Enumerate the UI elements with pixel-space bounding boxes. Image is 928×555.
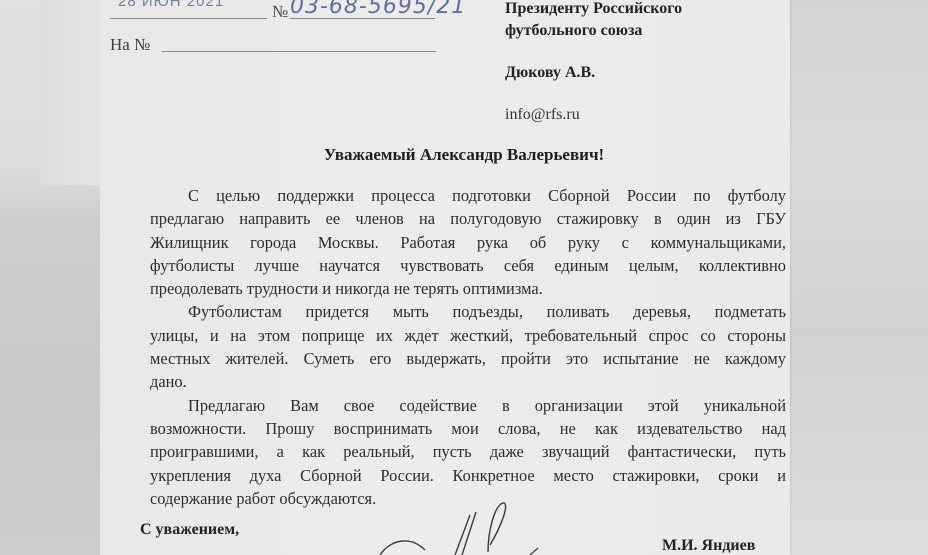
reply-to-underline bbox=[162, 51, 436, 52]
text-line: С целью поддержки процесса подготовки Сб… bbox=[150, 184, 786, 207]
handwritten-signature bbox=[370, 500, 570, 555]
text-line: Предлагаю Вам свое содействие в организа… bbox=[150, 394, 786, 417]
text-line: укрепления духа Сборной России. Конкретн… bbox=[150, 464, 786, 487]
text-line: футболисты лучше научатся чувствовать се… bbox=[150, 254, 786, 277]
text-line: преодолевать трудности и никогда не теря… bbox=[150, 277, 786, 300]
paragraph-2: Футболистам придется мыть подъезды, поли… bbox=[150, 300, 786, 393]
date-stamp: 28 ИЮН 2021 bbox=[118, 0, 224, 10]
text-line: Жилищник города Москвы. Работая рука об … bbox=[150, 231, 786, 254]
addressee-title-line2: футбольного союза bbox=[505, 22, 642, 40]
date-underline bbox=[110, 18, 267, 19]
addressee-title-line1: Президенту Российского bbox=[505, 0, 682, 18]
paragraph-1: С целью поддержки процесса подготовки Сб… bbox=[150, 184, 786, 300]
number-underline bbox=[290, 18, 435, 19]
number-sign: № bbox=[272, 2, 288, 22]
text-line: улицы, и на этом поприще их ждет жесткий… bbox=[150, 324, 786, 347]
text-line: Футболистам придется мыть подъезды, поли… bbox=[150, 300, 786, 323]
registration-number: 03-68-5695/21 bbox=[290, 0, 466, 19]
text-line: проигравшими, а как реальный, пусть даже… bbox=[150, 440, 786, 463]
letter-body: С целью поддержки процесса подготовки Сб… bbox=[150, 184, 786, 510]
text-line: возможности. Прошу воспринимать мои слов… bbox=[150, 417, 786, 440]
paragraph-3: Предлагаю Вам свое содействие в организа… bbox=[150, 394, 786, 510]
text-line: предлагаю направить ее членов на полугод… bbox=[150, 207, 786, 230]
text-line: местных жителей. Суметь его выдержать, п… bbox=[150, 347, 786, 370]
salutation: Уважаемый Александр Валерьевич! bbox=[0, 145, 928, 165]
reply-to-label: На № bbox=[110, 35, 150, 55]
signer-name: М.И. Яндиев bbox=[662, 537, 755, 555]
addressee-name: Дюкову А.В. bbox=[505, 64, 595, 82]
background-right bbox=[790, 0, 928, 555]
closing: С уважением, bbox=[140, 521, 239, 539]
addressee-email: info@rfs.ru bbox=[505, 106, 580, 124]
text-line: дано. bbox=[150, 370, 786, 393]
